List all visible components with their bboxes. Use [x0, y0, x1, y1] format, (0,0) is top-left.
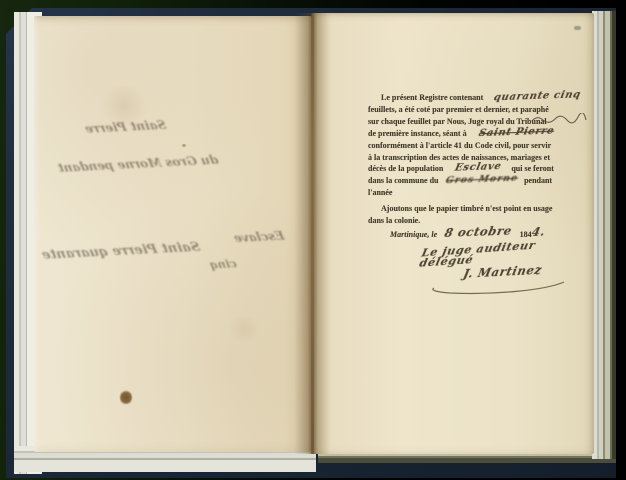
paper-speck [182, 144, 186, 147]
printed-text: sur chaque feuillet par Nous, Juge royal… [368, 117, 547, 126]
handwritten-day-month: 8 octobre [444, 226, 513, 238]
handwritten-year-digit: 4. [530, 227, 545, 237]
handwritten-folio-count: quarante cinq [493, 90, 582, 103]
printed-text: qui se feront [511, 164, 554, 173]
bleedthrough-handwriting: Saint Pierre quarante [40, 240, 201, 263]
pencil-mark [574, 26, 581, 30]
printed-line: dans la commune du Gros Morne pendant [368, 175, 584, 187]
bleedthrough-handwriting: du Gros Morne pendant [57, 153, 220, 175]
printed-line: Ajoutons que le papier timbré n'est poin… [368, 203, 584, 215]
handwritten-population-type: Esclave [454, 163, 503, 175]
printed-text: pendant [524, 176, 552, 185]
right-page: Le présent Registre contenant quarante c… [312, 13, 594, 454]
printed-text: décès de la population [368, 164, 443, 173]
printed-line: Le présent Registre contenant quarante c… [368, 92, 584, 104]
bleedthrough-handwriting: cinq [209, 257, 239, 271]
paper-stain [224, 316, 264, 342]
gutter-fold [311, 13, 314, 454]
handwritten-commune-name: Gros Morne [445, 174, 519, 186]
archival-scan: Saint Pierre du Gros Morne pendant Escla… [0, 0, 626, 480]
signature-name: J. Martinez [462, 265, 542, 279]
signature-title: Le juge auditeur délégué [418, 237, 587, 268]
left-page: Saint Pierre du Gros Morne pendant Escla… [34, 16, 312, 452]
signature-flourish [426, 280, 568, 296]
printed-line: de première instance, séant à Saint Pier… [368, 128, 584, 140]
printed-text: dans la commune du [368, 176, 438, 185]
attestation-text: Le présent Registre contenant quarante c… [368, 92, 584, 296]
ink-scrawl-over-tribunal [530, 113, 588, 124]
printed-text: de première instance, séant à [368, 129, 467, 138]
printed-line: décès de la population Esclave qui se fe… [368, 163, 584, 175]
bleedthrough-handwriting: Esclave [232, 229, 285, 245]
printed-line: conformément à l'article 41 du Code civi… [368, 140, 584, 152]
bleedthrough-handwriting: Saint Pierre [83, 118, 167, 136]
ink-stain [120, 390, 132, 405]
printed-place-date: Martinique, le [390, 230, 437, 239]
page-edges-right [592, 11, 616, 459]
printed-line: l'année [368, 187, 584, 199]
handwritten-seat-of-court: Saint Pierre [477, 126, 554, 139]
printed-text: Le présent Registre contenant [381, 93, 483, 102]
